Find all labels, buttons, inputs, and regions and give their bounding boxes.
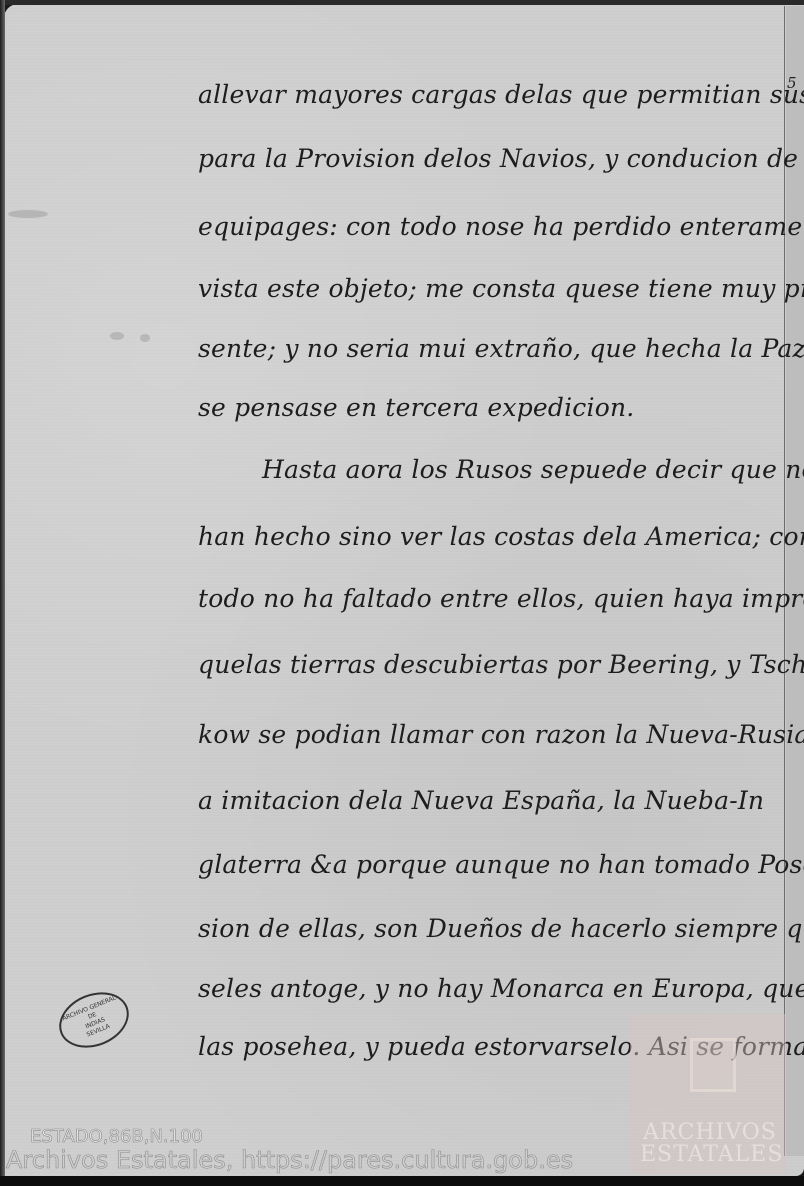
manuscript-line: sion de ellas, son Dueños de hacerlo sie… (198, 914, 804, 943)
manuscript-line: sente; y no seria mui extraño, que hecha… (198, 334, 804, 363)
page-bottom-edge (0, 1176, 804, 1186)
manuscript-line: vista este objeto; me consta quese tiene… (198, 274, 804, 303)
manuscript-line: glaterra &a porque aunque no han tomado … (198, 850, 804, 879)
manuscript-line: para la Provision delos Navios, y conduc… (198, 144, 804, 173)
manuscript-line: Hasta aora los Rusos sepuede decir que n… (262, 455, 804, 484)
manuscript-line: kow se podian llamar con razon la Nueva-… (198, 720, 804, 749)
watermark-line: ESTATALES (640, 1144, 780, 1166)
manuscript-line: han hecho sino ver las costas dela Ameri… (198, 522, 804, 551)
manuscript-line: todo no ha faltado entre ellos, quien ha… (198, 584, 804, 613)
manuscript-line: a imitacion dela Nueva España, la Nueba-… (198, 786, 764, 815)
manuscript-line: seles antoge, y no hay Monarca en Europa… (198, 974, 804, 1003)
manuscript-line: se pensase en tercera expedicion. (198, 393, 634, 422)
manuscript-line: equipages: con todo nose ha perdido ente… (198, 212, 804, 241)
reference-code: ESTADO,86B,N.100 (30, 1126, 203, 1147)
manuscript-line: allevar mayores cargas delas que permiti… (198, 80, 804, 109)
archive-logo-icon (690, 1038, 736, 1092)
watermark-text: ARCHIVOS ESTATALES (640, 1122, 780, 1166)
watermark-line: ARCHIVOS (640, 1122, 780, 1144)
source-attribution: Archivos Estatales, https://pares.cultur… (6, 1146, 573, 1174)
manuscript-line: quelas tierras descubiertas por Beering,… (198, 650, 804, 679)
